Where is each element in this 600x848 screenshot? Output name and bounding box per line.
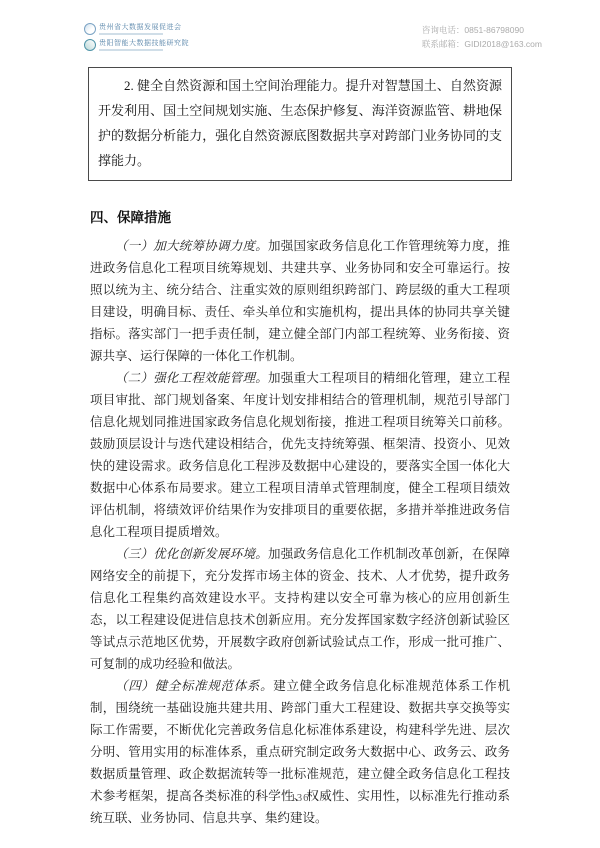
logo-group: 贵州省大数据发展促进会 贵阳智能大数据技能研究院 <box>84 23 189 51</box>
paragraph-1-lead: （一）加大统筹协调力度。 <box>115 239 268 253</box>
contact-phone: 咨询电话：0851-86798090 <box>422 23 542 37</box>
institute-logo: 贵阳智能大数据技能研究院 <box>84 39 189 51</box>
institute-logo-subtitle-line <box>99 49 163 51</box>
institute-mark-icon <box>84 39 96 51</box>
paragraph-1-body: 加强国家政务信息化工作管理统筹力度，推进政务信息化工程项目统筹规划、共建共享、业… <box>90 239 510 363</box>
association-logo: 贵州省大数据发展促进会 <box>84 23 189 35</box>
page-header: 贵州省大数据发展促进会 贵阳智能大数据技能研究院 咨询电话：0851-86798… <box>0 0 600 51</box>
contact-info: 咨询电话：0851-86798090 联系邮箱：GIDI2018@163.com <box>422 23 542 51</box>
page-number: 136 <box>0 793 600 804</box>
association-logo-label: 贵州省大数据发展促进会 <box>99 24 182 32</box>
paragraph-3-body: 加强政务信息化工作机制改革创新，在保障网络安全的前提下，充分发挥市场主体的资金、… <box>90 547 510 671</box>
paragraph-1: （一）加大统筹协调力度。加强国家政务信息化工作管理统筹力度，推进政务信息化工程项… <box>90 235 510 367</box>
contact-email: 联系邮箱：GIDI2018@163.com <box>422 37 542 51</box>
highlighted-paragraph-box: 2. 健全自然资源和国土空间治理能力。提升对智慧国土、自然资源开发利用、国土空间… <box>88 67 512 181</box>
paragraph-2: （二）强化工程效能管理。加强重大工程项目的精细化管理，建立工程项目审批、部门规划… <box>90 367 510 543</box>
paragraph-3: （三）优化创新发展环境。加强政务信息化工作机制改革创新，在保障网络安全的前提下，… <box>90 543 510 675</box>
institute-logo-label: 贵阳智能大数据技能研究院 <box>99 40 189 48</box>
paragraph-2-lead: （二）强化工程效能管理。 <box>115 371 268 385</box>
section-heading: 四、保障措施 <box>90 206 510 226</box>
association-logo-subtitle-line <box>99 33 163 35</box>
paragraph-4-lead: （四）健全标准规范体系。 <box>115 679 273 693</box>
paragraph-4: （四）健全标准规范体系。建立健全政务信息化标准规范体系工作机制，围绕统一基础设施… <box>90 675 510 829</box>
paragraph-2-body: 加强重大工程项目的精细化管理，建立工程项目审批、部门规划备案、年度计划安排相结合… <box>90 371 510 539</box>
paragraph-3-lead: （三）优化创新发展环境。 <box>115 547 268 561</box>
document-body: 四、保障措施 （一）加大统筹协调力度。加强国家政务信息化工作管理统筹力度，推进政… <box>90 206 510 829</box>
association-emblem-icon <box>84 23 96 35</box>
highlighted-paragraph-text: 2. 健全自然资源和国土空间治理能力。提升对智慧国土、自然资源开发利用、国土空间… <box>98 73 502 173</box>
